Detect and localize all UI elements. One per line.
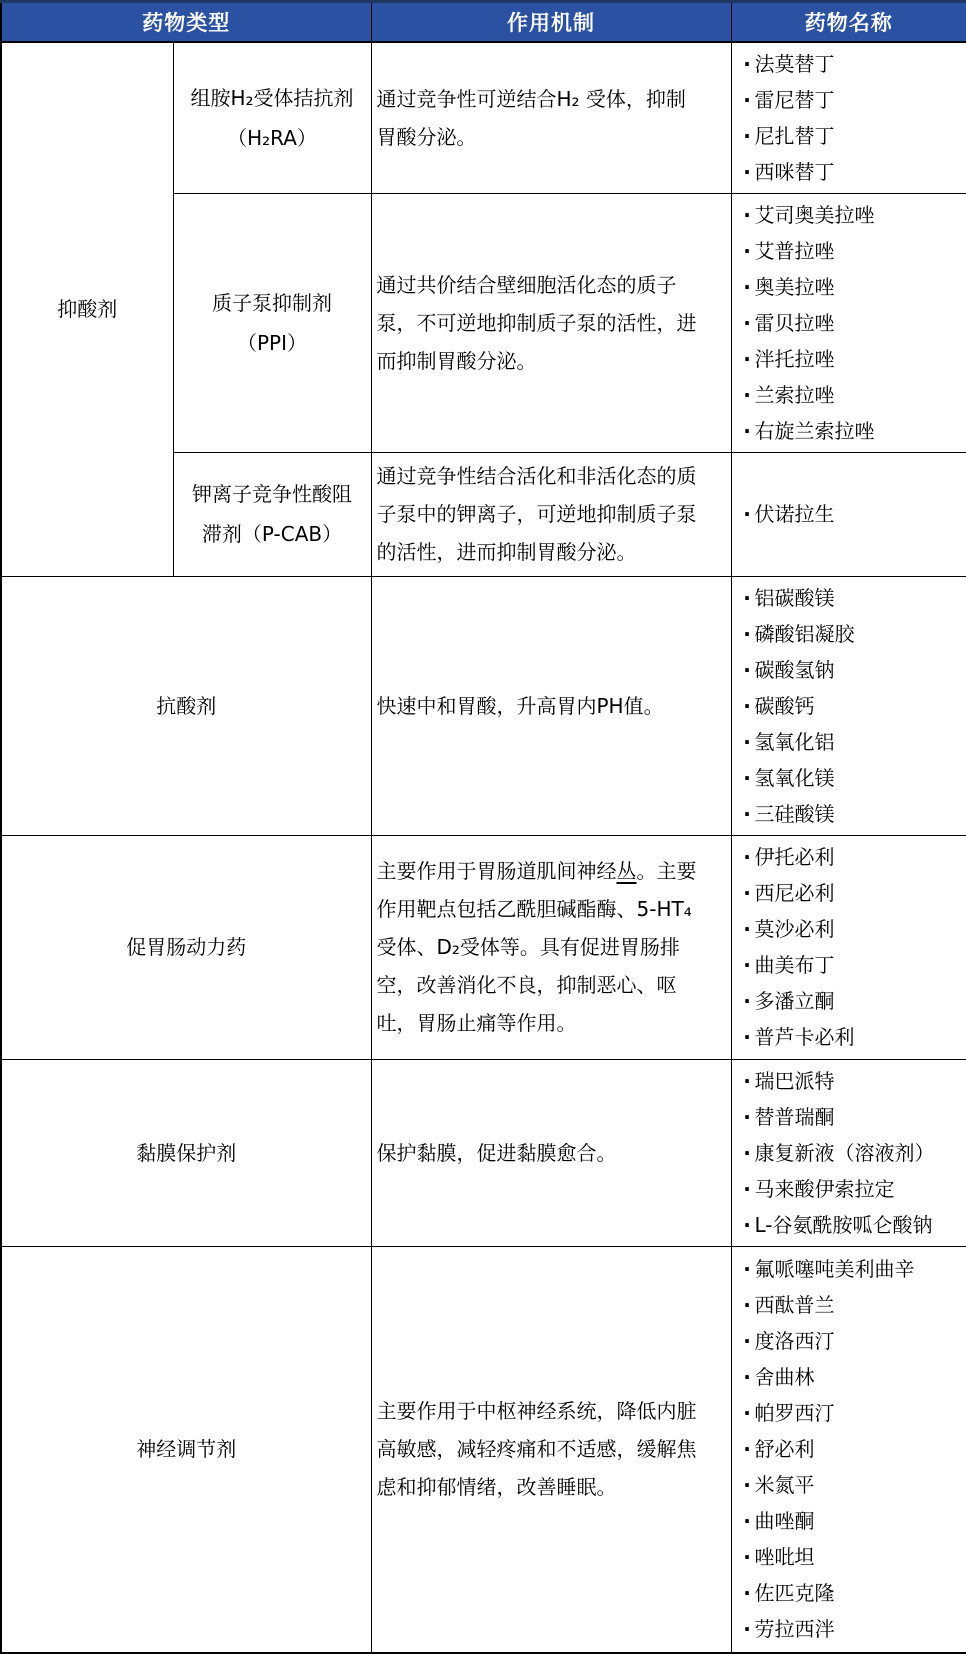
bullet-marker: · (740, 1207, 755, 1243)
bullet-marker: · (740, 377, 755, 413)
drugs-cell-pcab: ·伏诺拉生 (731, 452, 966, 576)
drug-name: 西尼必利 (755, 881, 835, 905)
bullet-marker: · (740, 1611, 755, 1647)
drug-name: 伏诺拉生 (755, 502, 835, 526)
drug-item: ·艾司奥美拉唑 (740, 197, 963, 233)
type-cell-prokinetic: 促胃肠动力药 (1, 835, 371, 1059)
bullet-marker: · (740, 269, 755, 305)
mechanism-underlined-text: 丛 (617, 859, 637, 883)
drug-item: ·碳酸氢钠 (740, 652, 963, 688)
drug-item: ·米氮平 (740, 1467, 963, 1503)
drug-item: ·雷尼替丁 (740, 82, 963, 118)
drugs-cell-prokinetic: ·伊托必利 ·西尼必利 ·莫沙必利 ·曲美布丁 ·多潘立酮 ·普芦卡必利 (731, 835, 966, 1059)
drug-item: ·奥美拉唑 (740, 269, 963, 305)
drug-name: 碳酸钙 (755, 694, 815, 718)
mechanism-text: 通过竞争性结合活化和非活化态的质 子泵中的钾离子，可逆地抑制质子泵 的活性，进而… (377, 464, 697, 564)
drug-name: 艾司奥美拉唑 (755, 203, 875, 227)
drug-name: 氟哌噻吨美利曲辛 (755, 1257, 915, 1281)
bullet-marker: · (740, 118, 755, 154)
drug-item: ·舍曲林 (740, 1359, 963, 1395)
drug-name: 西酞普兰 (755, 1293, 835, 1317)
row-antacid: 抗酸剂 快速中和胃酸，升高胃内PH值。 ·铝碳酸镁 ·磷酸铝凝胶 ·碳酸氢钠 ·… (1, 576, 966, 835)
drug-item: ·泮托拉唑 (740, 341, 963, 377)
drug-name: 多潘立酮 (755, 989, 835, 1013)
mechanism-text: 。主要 作用靶点包括乙酰胆碱酯酶、5-HT₄ 受体、D₂受体等。具有促进胃肠排 … (377, 859, 697, 1035)
drugs-cell-antacid: ·铝碳酸镁 ·磷酸铝凝胶 ·碳酸氢钠 ·碳酸钙 ·氢氧化铝 ·氢氧化镁 ·三硅酸… (731, 576, 966, 835)
drug-name: 帕罗西汀 (755, 1401, 835, 1425)
bullet-marker: · (740, 796, 755, 832)
drug-item: ·康复新液（溶液剂） (740, 1135, 963, 1171)
header-row: 药物类型 作用机制 药物名称 (1, 2, 966, 42)
drug-item: ·西尼必利 (740, 875, 963, 911)
drug-item: ·曲美布丁 (740, 947, 963, 983)
drugs-cell-mucosal: ·瑞巴派特 ·替普瑞酮 ·康复新液（溶液剂） ·马来酸伊索拉定 ·L-谷氨酰胺呱… (731, 1059, 966, 1246)
bullet-marker: · (740, 154, 755, 190)
row-prokinetic: 促胃肠动力药 主要作用于胃肠道肌间神经丛。主要 作用靶点包括乙酰胆碱酯酶、5-H… (1, 835, 966, 1059)
bullet-marker: · (740, 305, 755, 341)
bullet-marker: · (740, 839, 755, 875)
drug-name: 雷尼替丁 (755, 88, 835, 112)
bullet-marker: · (740, 875, 755, 911)
drug-item: ·唑吡坦 (740, 1539, 963, 1575)
subtype-cell-pcab: 钾离子竞争性酸阻 滞剂（P-CAB） (173, 452, 371, 576)
drugs-cell-h2ra: ·法莫替丁 ·雷尼替丁 ·尼扎替丁 ·西咪替丁 (731, 42, 966, 194)
drug-item: ·替普瑞酮 (740, 1099, 963, 1135)
drug-name: 氢氧化镁 (755, 766, 835, 790)
row-mucosal: 黏膜保护剂 保护黏膜，促进黏膜愈合。 ·瑞巴派特 ·替普瑞酮 ·康复新液（溶液剂… (1, 1059, 966, 1246)
drug-name: 莫沙必利 (755, 917, 835, 941)
bullet-marker: · (740, 983, 755, 1019)
drug-name: 磷酸铝凝胶 (755, 622, 855, 646)
drug-name: 雷贝拉唑 (755, 311, 835, 335)
drug-name: 奥美拉唑 (755, 275, 835, 299)
mechanism-text: 通过竞争性可逆结合H₂ 受体，抑制 胃酸分泌。 (377, 87, 686, 149)
header-drug-type: 药物类型 (1, 2, 371, 42)
bullet-marker: · (740, 724, 755, 760)
bullet-marker: · (740, 1251, 755, 1287)
drug-name: 法莫替丁 (755, 52, 835, 76)
drug-name: 康复新液（溶液剂） (755, 1141, 935, 1165)
drug-item: ·法莫替丁 (740, 46, 963, 82)
mechanism-cell-h2ra: 通过竞争性可逆结合H₂ 受体，抑制 胃酸分泌。 (371, 42, 731, 194)
subtype-cell-ppi: 质子泵抑制剂 （PPI） (173, 193, 371, 452)
group-cell-acid-suppressant: 抑酸剂 (1, 42, 173, 577)
drug-item: ·L-谷氨酰胺呱仑酸钠 (740, 1207, 963, 1243)
drug-item: ·佐匹克隆 (740, 1575, 963, 1611)
mechanism-cell-prokinetic: 主要作用于胃肠道肌间神经丛。主要 作用靶点包括乙酰胆碱酯酶、5-HT₄ 受体、D… (371, 835, 731, 1059)
header-mechanism: 作用机制 (371, 2, 731, 42)
bullet-marker: · (740, 1171, 755, 1207)
drug-name: 三硅酸镁 (755, 802, 835, 826)
drug-name: 右旋兰索拉唑 (755, 419, 875, 443)
bullet-marker: · (740, 1099, 755, 1135)
drug-name: 尼扎替丁 (755, 124, 835, 148)
drug-item: ·雷贝拉唑 (740, 305, 963, 341)
bullet-marker: · (740, 233, 755, 269)
bullet-marker: · (740, 1063, 755, 1099)
drugs-cell-ppi: ·艾司奥美拉唑 ·艾普拉唑 ·奥美拉唑 ·雷贝拉唑 ·泮托拉唑 ·兰索拉唑 ·右… (731, 193, 966, 452)
type-cell-neuromodulator: 神经调节剂 (1, 1246, 371, 1653)
bullet-marker: · (740, 911, 755, 947)
drug-name: 劳拉西泮 (755, 1617, 835, 1641)
bullet-marker: · (740, 197, 755, 233)
drug-item: ·碳酸钙 (740, 688, 963, 724)
drug-item: ·瑞巴派特 (740, 1063, 963, 1099)
drug-name: 曲美布丁 (755, 953, 835, 977)
drug-item: ·伊托必利 (740, 839, 963, 875)
bullet-marker: · (740, 1575, 755, 1611)
row-h2ra: 抑酸剂 组胺H₂受体拮抗剂 （H₂RA） 通过竞争性可逆结合H₂ 受体，抑制 胃… (1, 42, 966, 194)
mechanism-cell-ppi: 通过共价结合壁细胞活化态的质子 泵，不可逆地抑制质子泵的活性，进 而抑制胃酸分泌… (371, 193, 731, 452)
drug-item: ·右旋兰索拉唑 (740, 413, 963, 449)
mechanism-text: 快速中和胃酸，升高胃内PH值。 (377, 694, 664, 718)
bullet-marker: · (740, 82, 755, 118)
drug-classification-table: 药物类型 作用机制 药物名称 抑酸剂 组胺H₂受体拮抗剂 （H₂RA） 通过竞争… (0, 0, 966, 1654)
drug-item: ·普芦卡必利 (740, 1019, 963, 1055)
bullet-marker: · (740, 1503, 755, 1539)
bullet-marker: · (740, 1431, 755, 1467)
bullet-marker: · (740, 947, 755, 983)
drug-item: ·铝碳酸镁 (740, 580, 963, 616)
bullet-marker: · (740, 1467, 755, 1503)
drug-name: 碳酸氢钠 (755, 658, 835, 682)
mechanism-cell-antacid: 快速中和胃酸，升高胃内PH值。 (371, 576, 731, 835)
drug-name: 米氮平 (755, 1473, 815, 1497)
drug-item: ·氢氧化镁 (740, 760, 963, 796)
bullet-marker: · (740, 1019, 755, 1055)
bullet-marker: · (740, 1287, 755, 1323)
mechanism-text: 主要作用于胃肠道肌间神经 (377, 859, 617, 883)
drug-name: 舒必利 (755, 1437, 815, 1461)
bullet-marker: · (740, 413, 755, 449)
header-drug-name: 药物名称 (731, 2, 966, 42)
drug-item: ·帕罗西汀 (740, 1395, 963, 1431)
bullet-marker: · (740, 1395, 755, 1431)
drugs-cell-neuromodulator: ·氟哌噻吨美利曲辛 ·西酞普兰 ·度洛西汀 ·舍曲林 ·帕罗西汀 ·舒必利 ·米… (731, 1246, 966, 1653)
drug-item: ·多潘立酮 (740, 983, 963, 1019)
mechanism-text: 通过共价结合壁细胞活化态的质子 泵，不可逆地抑制质子泵的活性，进 而抑制胃酸分泌… (377, 273, 697, 373)
drug-name: 兰索拉唑 (755, 383, 835, 407)
drug-item: ·莫沙必利 (740, 911, 963, 947)
drug-item: ·曲唑酮 (740, 1503, 963, 1539)
bullet-marker: · (740, 341, 755, 377)
drug-name: L-谷氨酰胺呱仑酸钠 (755, 1213, 933, 1237)
drug-item: ·艾普拉唑 (740, 233, 963, 269)
type-cell-mucosal: 黏膜保护剂 (1, 1059, 371, 1246)
bullet-marker: · (740, 1323, 755, 1359)
drug-name: 泮托拉唑 (755, 347, 835, 371)
bullet-marker: · (740, 760, 755, 796)
bullet-marker: · (740, 616, 755, 652)
drug-item: ·西酞普兰 (740, 1287, 963, 1323)
drug-name: 曲唑酮 (755, 1509, 815, 1533)
bullet-marker: · (740, 1539, 755, 1575)
mechanism-cell-neuromodulator: 主要作用于中枢神经系统，降低内脏 高敏感，减轻疼痛和不适感，缓解焦 虑和抑郁情绪… (371, 1246, 731, 1653)
drug-name: 舍曲林 (755, 1365, 815, 1389)
drug-item: ·尼扎替丁 (740, 118, 963, 154)
drug-name: 铝碳酸镁 (755, 586, 835, 610)
drug-item: ·西咪替丁 (740, 154, 963, 190)
drug-item: ·伏诺拉生 (740, 496, 963, 532)
drug-name: 氢氧化铝 (755, 730, 835, 754)
drug-name: 艾普拉唑 (755, 239, 835, 263)
drug-name: 普芦卡必利 (755, 1025, 855, 1049)
drug-name: 佐匹克隆 (755, 1581, 835, 1605)
subtype-cell-h2ra: 组胺H₂受体拮抗剂 （H₂RA） (173, 42, 371, 194)
bullet-marker: · (740, 652, 755, 688)
drug-item: ·磷酸铝凝胶 (740, 616, 963, 652)
mechanism-cell-pcab: 通过竞争性结合活化和非活化态的质 子泵中的钾离子，可逆地抑制质子泵 的活性，进而… (371, 452, 731, 576)
drug-item: ·三硅酸镁 (740, 796, 963, 832)
drug-name: 伊托必利 (755, 845, 835, 869)
bullet-marker: · (740, 688, 755, 724)
mechanism-cell-mucosal: 保护黏膜，促进黏膜愈合。 (371, 1059, 731, 1246)
drug-name: 度洛西汀 (755, 1329, 835, 1353)
bullet-marker: · (740, 580, 755, 616)
mechanism-text: 保护黏膜，促进黏膜愈合。 (377, 1141, 617, 1165)
drug-name: 唑吡坦 (755, 1545, 815, 1569)
drug-item: ·劳拉西泮 (740, 1611, 963, 1647)
bullet-marker: · (740, 46, 755, 82)
drug-item: ·舒必利 (740, 1431, 963, 1467)
drug-item: ·氟哌噻吨美利曲辛 (740, 1251, 963, 1287)
type-cell-antacid: 抗酸剂 (1, 576, 371, 835)
bullet-marker: · (740, 1135, 755, 1171)
drug-name: 马来酸伊索拉定 (755, 1177, 895, 1201)
drug-item: ·氢氧化铝 (740, 724, 963, 760)
mechanism-text: 主要作用于中枢神经系统，降低内脏 高敏感，减轻疼痛和不适感，缓解焦 虑和抑郁情绪… (377, 1399, 697, 1499)
drug-item: ·度洛西汀 (740, 1323, 963, 1359)
drug-name: 替普瑞酮 (755, 1105, 835, 1129)
row-neuromodulator: 神经调节剂 主要作用于中枢神经系统，降低内脏 高敏感，减轻疼痛和不适感，缓解焦 … (1, 1246, 966, 1653)
drug-name: 西咪替丁 (755, 160, 835, 184)
drug-item: ·兰索拉唑 (740, 377, 963, 413)
bullet-marker: · (740, 496, 755, 532)
drug-item: ·马来酸伊索拉定 (740, 1171, 963, 1207)
bullet-marker: · (740, 1359, 755, 1395)
drug-name: 瑞巴派特 (755, 1069, 835, 1093)
